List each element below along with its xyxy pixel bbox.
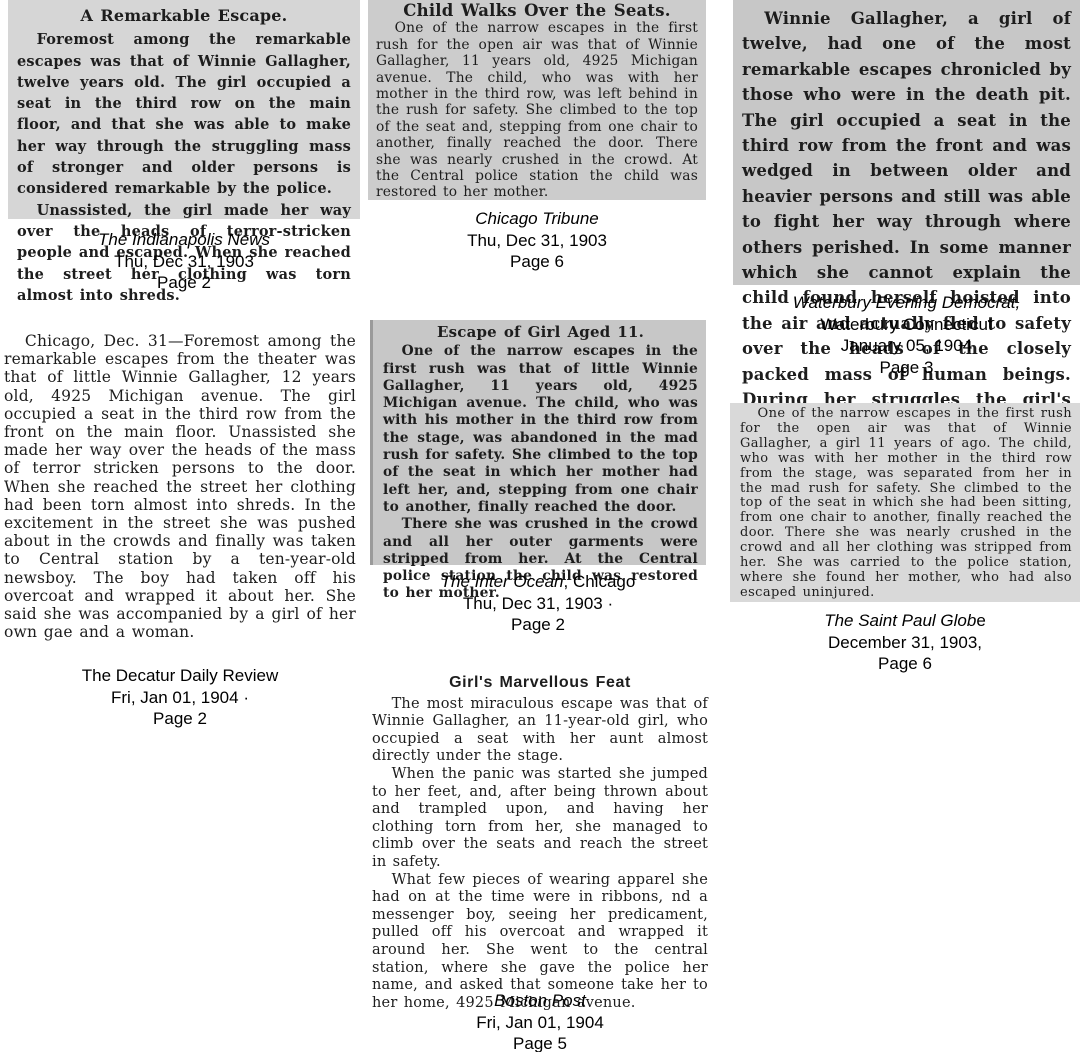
- caption-source: The Saint Paul Glob: [824, 611, 976, 630]
- caption-source-suffix: , Chicago: [564, 572, 636, 591]
- caption-date: Thu, Dec 31, 1903: [8, 251, 360, 273]
- caption-page: Page 5: [368, 1033, 712, 1052]
- caption-date: Thu, Dec 31, 1903: [368, 230, 706, 252]
- caption-date: January 05, 1904: [733, 335, 1080, 357]
- newspaper-clippings-collage: A Remarkable Escape. Foremost among the …: [0, 0, 1080, 1052]
- caption-source-line: The Inter Ocean, Chicago: [370, 571, 706, 593]
- caption-source: The Indianapolis News: [8, 229, 360, 251]
- caption-page: Page 2: [8, 272, 360, 294]
- clipping-paragraph: One of the narrow escapes in the first r…: [740, 407, 1072, 601]
- clipping-caption-waterbury: Waterbury Evening Democrat, Waterbury Co…: [733, 292, 1080, 378]
- clipping-headline: Girl's Marvellous Feat: [372, 674, 708, 692]
- clipping-waterbury-democrat: Winnie Gallagher, a girl of twelve, had …: [733, 0, 1080, 285]
- caption-location: Waterbury Connecticut: [733, 314, 1080, 336]
- clipping-paragraph: Foremost among the remarkable escapes wa…: [17, 29, 351, 199]
- caption-source: The Decatur Daily Review: [0, 665, 360, 687]
- clipping-caption-decatur: The Decatur Daily Review Fri, Jan 01, 19…: [0, 665, 360, 730]
- caption-source-line: The Saint Paul Globe: [730, 610, 1080, 632]
- caption-date: Thu, Dec 31, 1903 ·: [370, 593, 706, 615]
- clipping-paragraph: One of the narrow escapes in the first r…: [383, 343, 698, 516]
- clipping-decatur-review: Chicago, Dec. 31—Foremost among the rema…: [0, 329, 360, 657]
- clipping-caption-boston: Boston Post Fri, Jan 01, 1904 Page 5: [368, 990, 712, 1052]
- clipping-paragraph: Chicago, Dec. 31—Foremost among the rema…: [4, 332, 356, 641]
- caption-date: Fri, Jan 01, 1904: [368, 1012, 712, 1034]
- caption-page: Page 6: [730, 653, 1080, 675]
- clipping-caption-stpaul: The Saint Paul Globe December 31, 1903, …: [730, 610, 1080, 675]
- clipping-caption-tribune: Chicago Tribune Thu, Dec 31, 1903 Page 6: [368, 208, 706, 273]
- clipping-headline: A Remarkable Escape.: [17, 5, 351, 26]
- clipping-paragraph: When the panic was started she jumped to…: [372, 766, 708, 872]
- clipping-paragraph: One of the narrow escapes in the first r…: [376, 20, 698, 200]
- clipping-inter-ocean: Escape of Girl Aged 11. One of the narro…: [370, 320, 706, 565]
- caption-page: Page 6: [368, 251, 706, 273]
- clipping-boston-post: Girl's Marvellous Feat The most miraculo…: [368, 672, 712, 988]
- clipping-saint-paul-globe: One of the narrow escapes in the first r…: [730, 403, 1080, 602]
- clipping-chicago-tribune: Child Walks Over the Seats. One of the n…: [368, 0, 706, 200]
- caption-page: Page 3: [733, 357, 1080, 379]
- caption-source: Waterbury Evening Democrat,: [733, 292, 1080, 314]
- caption-date: Fri, Jan 01, 1904 ·: [0, 687, 360, 709]
- caption-page: Page 2: [370, 614, 706, 636]
- caption-page: Page 2: [0, 708, 360, 730]
- clipping-indianapolis-news: A Remarkable Escape. Foremost among the …: [8, 0, 360, 219]
- caption-source: Boston Post: [368, 990, 712, 1012]
- caption-source: Chicago Tribune: [368, 208, 706, 230]
- clipping-caption-indianapolis: The Indianapolis News Thu, Dec 31, 1903 …: [8, 229, 360, 294]
- caption-source: The Inter Ocean: [441, 572, 564, 591]
- caption-source-suffix: e: [976, 611, 985, 630]
- caption-date: December 31, 1903,: [730, 632, 1080, 654]
- clipping-caption-interocean: The Inter Ocean, Chicago Thu, Dec 31, 19…: [370, 571, 706, 636]
- clipping-paragraph: The most miraculous escape was that of W…: [372, 696, 708, 766]
- clipping-headline: Child Walks Over the Seats.: [376, 3, 698, 19]
- clipping-headline: Escape of Girl Aged 11.: [383, 324, 698, 341]
